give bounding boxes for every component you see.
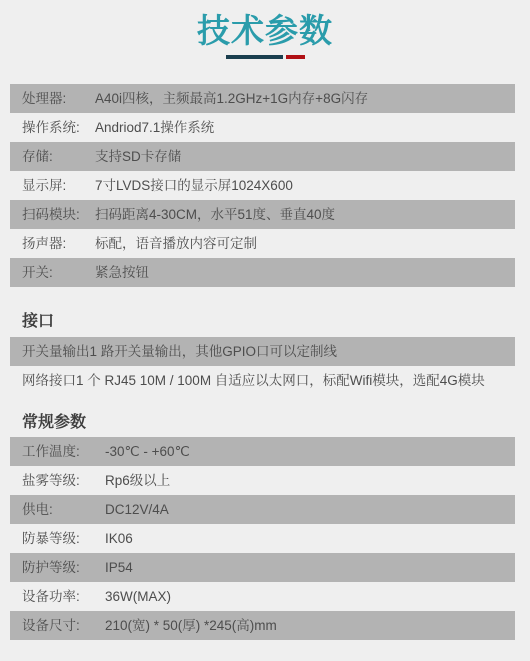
spec-value: 7寸LVDS接口的显示屏1024X600 — [95, 178, 293, 193]
table-row: 显示屏:7寸LVDS接口的显示屏1024X600 — [10, 171, 515, 200]
table-row: 工作温度:-30℃ - +60℃ — [10, 437, 515, 466]
spec-label: 设备功率: — [22, 582, 105, 611]
interface-table: 开关量输出1 路开关量输出，其他GPIO口可以定制线 网络接口1 个 RJ45 … — [10, 337, 515, 395]
spec-label: 防护等级: — [22, 553, 105, 582]
spec-value: A40i四核，主频最高1.2GHz+1G内存+8G闪存 — [95, 91, 368, 106]
spec-table: 处理器:A40i四核，主频最高1.2GHz+1G内存+8G闪存 操作系统:And… — [10, 84, 515, 287]
spec-value: IP54 — [105, 560, 133, 575]
spec-value: DC12V/4A — [105, 502, 169, 517]
spec-label: 供电: — [22, 495, 105, 524]
divider-red-bar — [286, 55, 305, 59]
spec-value: 支持SD卡存储 — [95, 149, 181, 164]
table-row: 防护等级:IP54 — [10, 553, 515, 582]
spec-label: 工作温度: — [22, 437, 105, 466]
general-table: 工作温度:-30℃ - +60℃ 盐雾等级:Rp6级以上 供电:DC12V/4A… — [10, 437, 515, 640]
spec-value: IK06 — [105, 531, 133, 546]
table-row: 盐雾等级:Rp6级以上 — [10, 466, 515, 495]
spec-value: 紧急按钮 — [95, 265, 149, 280]
section-heading-interface: 接口 — [22, 308, 54, 331]
page-title: 技术参数 — [0, 5, 530, 52]
spec-value: Rp6级以上 — [105, 473, 170, 488]
spec-value: 36W(MAX) — [105, 589, 171, 604]
divider-navy-bar — [226, 55, 283, 59]
spec-label: 开关: — [22, 258, 95, 287]
title-divider — [0, 55, 530, 59]
table-row: 处理器:A40i四核，主频最高1.2GHz+1G内存+8G闪存 — [10, 84, 515, 113]
spec-value: 扫码距离4-30CM，水平51度、垂直40度 — [95, 207, 335, 222]
spec-value: 标配，语音播放内容可定制 — [95, 236, 257, 251]
spec-label: 操作系统: — [22, 113, 95, 142]
table-row: 设备尺寸:210(宽) * 50(厚) *245(高)mm — [10, 611, 515, 640]
table-row: 开关:紧急按钮 — [10, 258, 515, 287]
table-row: 供电:DC12V/4A — [10, 495, 515, 524]
spec-label: 扫码模块: — [22, 200, 95, 229]
spec-label: 盐雾等级: — [22, 466, 105, 495]
section-heading-general: 常规参数 — [22, 409, 86, 432]
table-row: 防暴等级:IK06 — [10, 524, 515, 553]
spec-label: 防暴等级: — [22, 524, 105, 553]
table-row: 网络接口1 个 RJ45 10M / 100M 自适应以太网口，标配Wifi模块… — [10, 366, 515, 395]
table-row: 扫码模块:扫码距离4-30CM，水平51度、垂直40度 — [10, 200, 515, 229]
table-row: 开关量输出1 路开关量输出，其他GPIO口可以定制线 — [10, 337, 515, 366]
table-row: 扬声器:标配，语音播放内容可定制 — [10, 229, 515, 258]
spec-label: 显示屏: — [22, 171, 95, 200]
spec-label: 设备尺寸: — [22, 611, 105, 640]
spec-value: Andriod7.1操作系统 — [95, 120, 214, 135]
spec-label: 扬声器: — [22, 229, 95, 258]
spec-value: 210(宽) * 50(厚) *245(高)mm — [105, 618, 277, 633]
spec-value: -30℃ - +60℃ — [105, 444, 190, 459]
interface-row-text: 开关量输出1 路开关量输出，其他GPIO口可以定制线 — [22, 344, 337, 359]
interface-row-text: 网络接口1 个 RJ45 10M / 100M 自适应以太网口，标配Wifi模块… — [22, 373, 485, 388]
table-row: 存储:支持SD卡存储 — [10, 142, 515, 171]
table-row: 设备功率:36W(MAX) — [10, 582, 515, 611]
spec-label: 存储: — [22, 142, 95, 171]
spec-label: 处理器: — [22, 84, 95, 113]
table-row: 操作系统:Andriod7.1操作系统 — [10, 113, 515, 142]
